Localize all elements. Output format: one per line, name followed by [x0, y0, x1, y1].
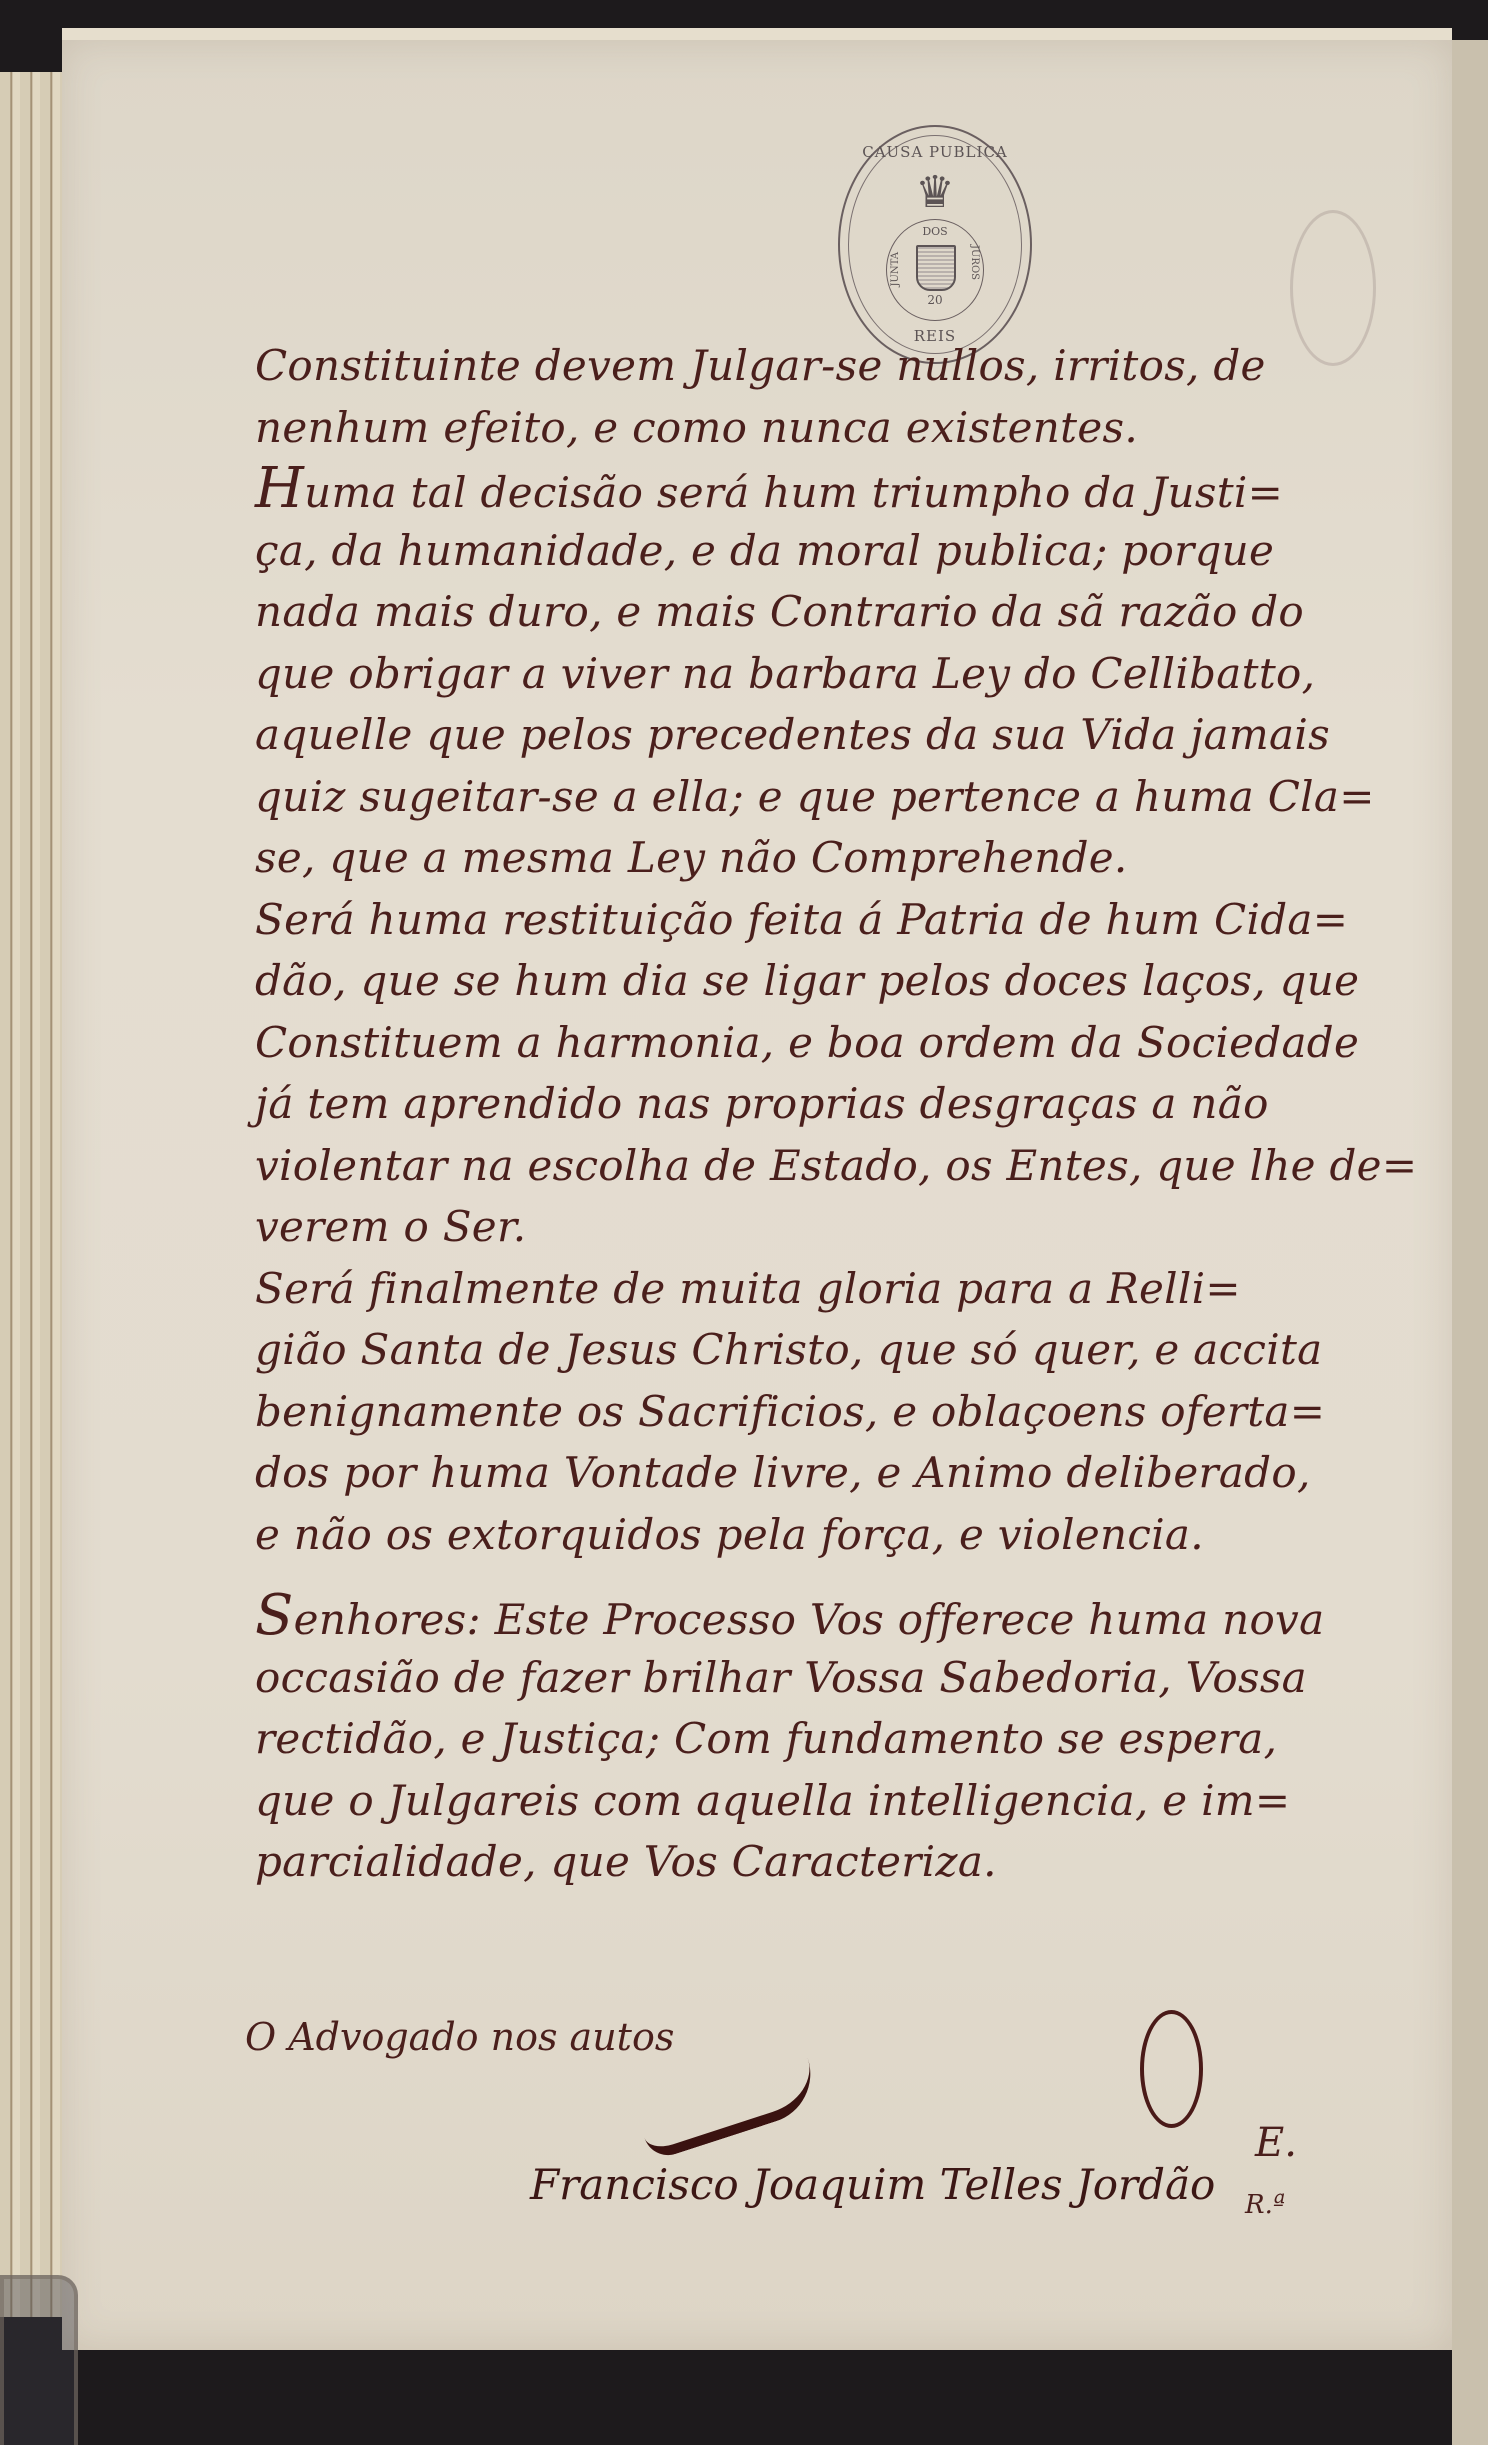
- text-line: Será huma restituição feita á Patria de …: [255, 889, 1415, 951]
- stamp-inner-left: JUNTA: [890, 252, 901, 287]
- text-line: parcialidade, que Vos Caracteriza.: [255, 1831, 1415, 1893]
- text-line: nenhum efeito, e como nunca existentes.: [255, 397, 1415, 459]
- text-line: aquelle que pelos precedentes da sua Vid…: [255, 704, 1415, 766]
- text-line: já tem aprendido nas proprias desgraças …: [255, 1073, 1415, 1135]
- text-line: violentar na escolha de Estado, os Entes…: [255, 1135, 1415, 1197]
- coat-of-arms-icon: [916, 245, 956, 291]
- text-line: que obrigar a viver na barbara Ley do Ce…: [255, 643, 1415, 705]
- text-line: verem o Ser.: [255, 1196, 1415, 1258]
- background-surface: [1452, 40, 1488, 2445]
- text-line: occasião de fazer brilhar Vossa Sabedori…: [255, 1647, 1415, 1709]
- text-line: e não os extorquidos pela força, e viole…: [255, 1504, 1415, 1566]
- text-line: ça, da humanidade, e da moral publica; p…: [255, 520, 1415, 582]
- stamp-inner-right: JUROS: [969, 245, 980, 280]
- paragraph-1: Constituinte devem Julgar-se nullos, irr…: [255, 335, 1415, 458]
- paragraph-2: Huma tal decisão será hum triumpho da Ju…: [255, 458, 1415, 889]
- text-line: dos por huma Vontade livre, e Animo deli…: [255, 1442, 1415, 1504]
- glass-weight: [0, 2275, 78, 2445]
- text-line: dão, que se hum dia se ligar pelos doces…: [255, 950, 1415, 1012]
- signature: Francisco Joaquim Telles Jordão: [530, 2160, 1215, 2209]
- manuscript-body: Constituinte devem Julgar-se nullos, irr…: [255, 335, 1415, 1893]
- text-line: Huma tal decisão será hum triumpho da Ju…: [255, 458, 1415, 520]
- text-line: que o Julgareis com aquella intelligenci…: [255, 1770, 1415, 1832]
- stamp-value: 20: [840, 293, 1030, 307]
- text-line: se, que a mesma Ley não Comprehende.: [255, 827, 1415, 889]
- stamp-inner-top: DOS: [840, 225, 1030, 238]
- paragraph-3: Será huma restituição feita á Patria de …: [255, 889, 1415, 1258]
- stamp-top-text: CAUSA PUBLICA: [840, 143, 1030, 161]
- rubric-mark: E.: [1255, 2120, 1297, 2166]
- text-line: gião Santa de Jesus Christo, que só quer…: [255, 1319, 1415, 1381]
- text-line: Constituem a harmonia, e boa ordem da So…: [255, 1012, 1415, 1074]
- text-line: Constituinte devem Julgar-se nullos, irr…: [255, 335, 1415, 397]
- tax-stamp: CAUSA PUBLICA ♛ DOS JUNTA JUROS 20 REIS: [838, 125, 1032, 364]
- text-line: quiz sugeitar-se a ella; e que pertence …: [255, 766, 1415, 828]
- text-line: Senhores: Este Processo Vos offerece hum…: [255, 1585, 1415, 1647]
- paragraph-4: Será finalmente de muita gloria para a R…: [255, 1258, 1415, 1566]
- paragraph-gap: [255, 1565, 1415, 1585]
- text-line: rectidão, e Justiça; Com fundamento se e…: [255, 1708, 1415, 1770]
- text-line: Será finalmente de muita gloria para a R…: [255, 1258, 1415, 1320]
- paragraph-5: Senhores: Este Processo Vos offerece hum…: [255, 1585, 1415, 1893]
- closing-line: O Advogado nos autos: [245, 2015, 674, 2059]
- text-line: nada mais duro, e mais Contrario da sã r…: [255, 581, 1415, 643]
- rubric-sub-mark: R.ª: [1245, 2190, 1285, 2220]
- crown-icon: ♛: [840, 167, 1030, 218]
- signature-loop: [1140, 2010, 1203, 2128]
- text-line: benignamente os Sacrificios, e oblaçoens…: [255, 1381, 1415, 1443]
